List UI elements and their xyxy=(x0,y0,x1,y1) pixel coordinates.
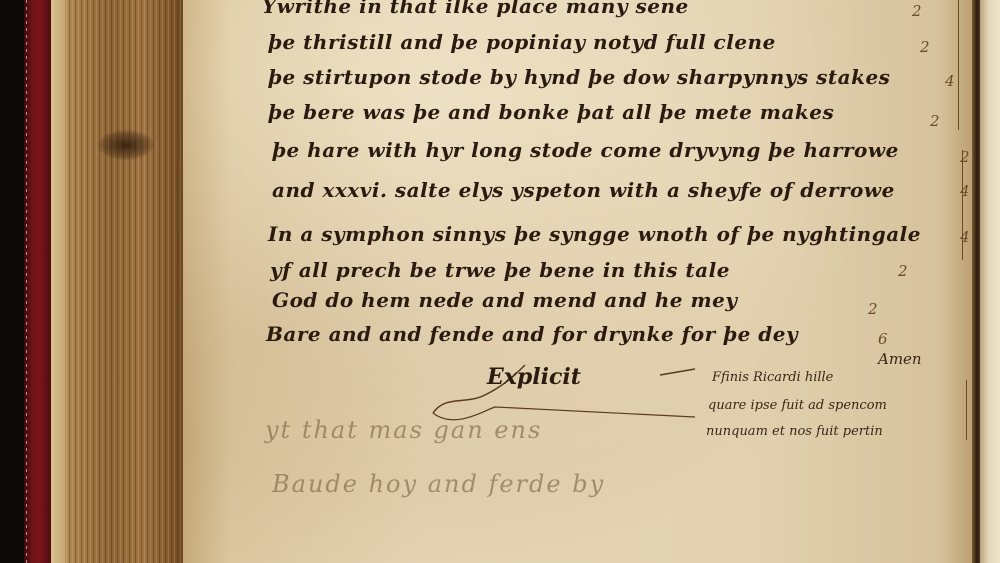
margin-mark: 2 xyxy=(868,300,878,318)
page-stack-highlight xyxy=(51,0,65,563)
faint-pen-trial: Baude hoy and ferde by xyxy=(272,470,605,498)
colophon-bracket xyxy=(966,380,967,440)
facing-page-edge xyxy=(980,0,1000,563)
margin-bracket xyxy=(958,0,959,130)
manuscript-line: þe hare with hyr long stode come dryvyng… xyxy=(272,138,899,162)
colophon-line: quare ipse fuit ad spencom xyxy=(708,398,887,413)
manuscript-line: In a symphon sinnys þe syngge wnoth of þ… xyxy=(268,222,921,246)
margin-mark: 2 xyxy=(930,112,940,130)
red-binding-edge xyxy=(24,0,51,563)
margin-mark: 4 xyxy=(945,72,955,90)
amen-note: Amen xyxy=(878,350,922,368)
gutter-shadow xyxy=(972,0,980,563)
margin-mark: 2 xyxy=(912,2,922,20)
colophon-line: Ffinis Ricardi hille xyxy=(712,370,833,385)
manuscript-line: þe stirtupon stode by hynd þe dow sharpy… xyxy=(268,65,890,89)
margin-mark: 2 xyxy=(898,262,908,280)
margin-mark: 6 xyxy=(878,330,888,348)
faint-pen-trial: yt that mas gan ens xyxy=(265,416,542,444)
page-stack-edges xyxy=(51,0,183,563)
colophon-line: nunquam et nos fuit pertin xyxy=(706,424,883,439)
explicit-heading: Explicit xyxy=(487,364,581,390)
manuscript-line: þe bere was þe and bonke þat all þe mete… xyxy=(268,100,834,124)
manuscript-line: yf all prech be trwe þe bene in this tal… xyxy=(270,258,730,282)
margin-bracket xyxy=(962,150,963,260)
background-shadow xyxy=(0,0,24,563)
margin-mark: 2 xyxy=(920,38,930,56)
ink-stain xyxy=(98,130,154,160)
manuscript-line: Ywrithe in that ilke place many sene xyxy=(262,0,689,18)
manuscript-line: God do hem nede and mend and he mey xyxy=(272,288,738,312)
manuscript-line: Bare and and fende and for drynke for þe… xyxy=(266,322,798,346)
manuscript-line: and xxxvi. salte elys yspeton with a she… xyxy=(272,178,895,202)
manuscript-line: þe thristill and þe popiniay notyd full … xyxy=(268,30,776,54)
binding-stitching xyxy=(26,0,27,563)
